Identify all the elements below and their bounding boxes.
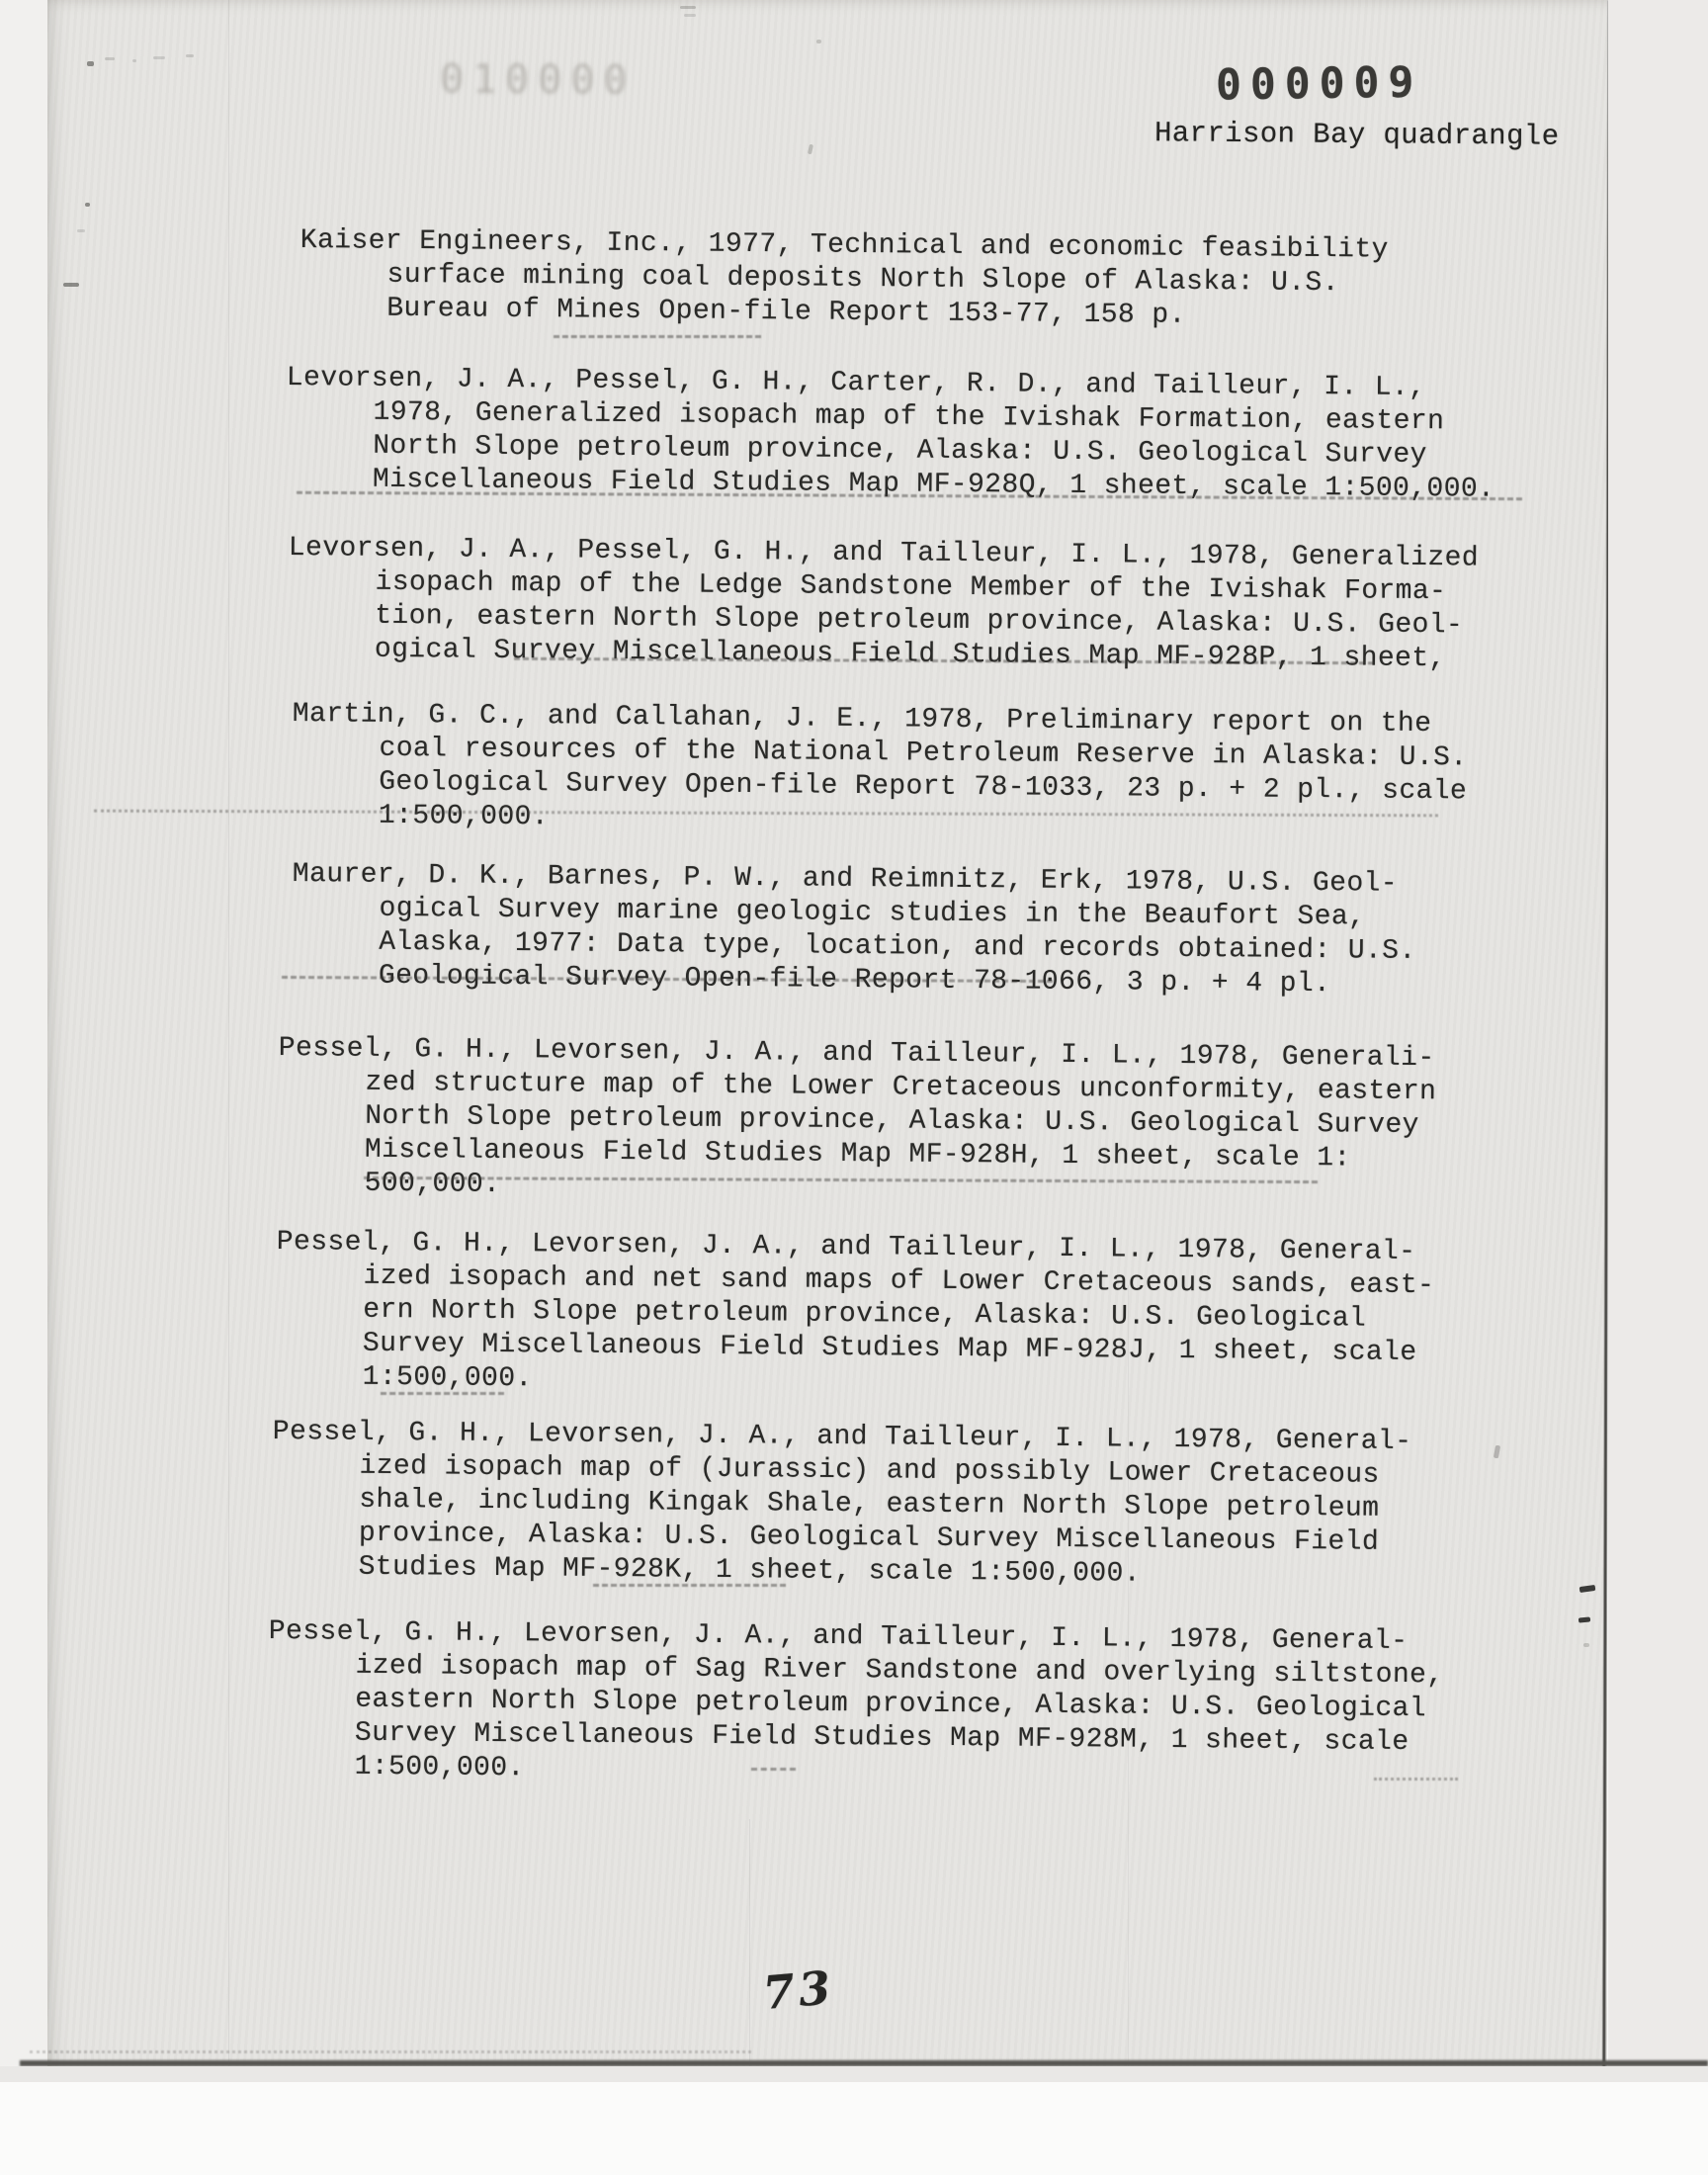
scan-smudge-line <box>30 2050 751 2053</box>
scanner-margin-right <box>1608 0 1708 2066</box>
scan-speck <box>132 59 136 62</box>
scan-speck <box>105 57 115 60</box>
reference-entry: Levorsen, J. A., Pessel, G. H., Carter, … <box>286 362 1542 507</box>
scan-speck <box>87 61 94 66</box>
scan-speck <box>153 56 165 59</box>
scan-fold-line <box>228 0 229 2066</box>
scan-smudge-line <box>554 335 761 338</box>
scan-smudge-line <box>1374 1778 1458 1781</box>
scan-speck <box>1583 1643 1589 1647</box>
scan-speck <box>186 54 194 57</box>
scan-smudge-line <box>593 1584 786 1587</box>
scan-speck <box>684 14 696 17</box>
reference-entry: Pessel, G. H., Levorsen, J. A., and Tail… <box>278 1032 1534 1211</box>
scan-fold-line <box>749 1819 750 2066</box>
ghost-number-stamp: 010000 <box>440 56 637 103</box>
reference-entry: Pessel, G. H., Levorsen, J. A., and Tail… <box>272 1416 1528 1595</box>
scan-speck <box>63 283 79 287</box>
reference-entry: Pessel, G. H., Levorsen, J. A., and Tail… <box>268 1615 1524 1794</box>
reference-entry: Pessel, G. H., Levorsen, J. A., and Tail… <box>276 1226 1532 1405</box>
scan-smudge-line <box>751 1768 796 1771</box>
scan-speck <box>77 229 85 232</box>
scan-speck <box>816 40 821 43</box>
reference-entry: Kaiser Engineers, Inc., 1977, Technical … <box>299 224 1556 336</box>
scanner-margin-bottom <box>0 2066 1708 2082</box>
scan-smudge-line <box>381 1392 504 1395</box>
scan-speck <box>85 203 90 207</box>
scanner-margin-left <box>0 0 47 2066</box>
reference-entry: Levorsen, J. A., Pessel, G. H., and Tail… <box>288 532 1544 677</box>
reference-entry: Martin, G. C., and Callahan, J. E., 1978… <box>292 698 1548 843</box>
page-number: 73 <box>761 1960 836 2020</box>
quadrangle-header: Harrison Bay quadrangle <box>1154 117 1560 153</box>
scan-speck <box>680 6 696 9</box>
scanner-bed-bottom <box>0 2082 1708 2175</box>
number-stamp: 000009 <box>1216 58 1423 111</box>
